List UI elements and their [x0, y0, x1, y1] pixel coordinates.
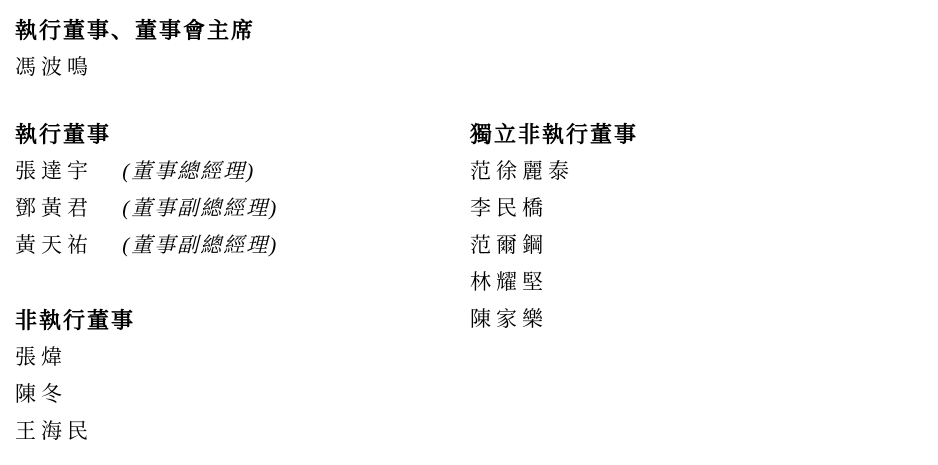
left-column: 執行董事、董事會主席 馮波鳴 執行董事 張達宇 (董事總經理) 鄧黃君 (董事副…	[15, 12, 465, 450]
section-heading-non-executive: 非執行董事	[15, 302, 465, 339]
director-title: (董事副總經理)	[122, 233, 278, 257]
directors-document: 執行董事、董事會主席 馮波鳴 執行董事 張達宇 (董事總經理) 鄧黃君 (董事副…	[0, 0, 938, 465]
director-name: 王海民	[15, 413, 117, 450]
director-title: (董事總經理)	[122, 159, 255, 183]
section-executive: 執行董事 張達宇 (董事總經理) 鄧黃君 (董事副總經理) 黃天祐 (董事副總經…	[15, 116, 465, 264]
director-row: 張達宇 (董事總經理)	[15, 153, 465, 190]
director-name: 張煒	[15, 339, 117, 376]
section-independent-non-executive: 獨立非執行董事 范徐麗泰 李民橋 范爾鋼 林耀堅 陳家樂	[470, 116, 910, 338]
director-name: 馮波鳴	[15, 49, 117, 86]
director-row: 黃天祐 (董事副總經理)	[15, 227, 465, 264]
section-heading-chairman: 執行董事、董事會主席	[15, 12, 465, 49]
director-row: 陳冬	[15, 376, 465, 413]
section-heading-executive: 執行董事	[15, 116, 465, 153]
director-row: 李民橋	[470, 190, 910, 227]
director-row: 馮波鳴	[15, 49, 465, 86]
director-title: (董事副總經理)	[122, 196, 278, 220]
director-row: 陳家樂	[470, 301, 910, 338]
director-name: 范爾鋼	[470, 227, 572, 264]
director-name: 黃天祐	[15, 227, 117, 264]
section-heading-independent-non-executive: 獨立非執行董事	[470, 116, 910, 153]
director-name: 林耀堅	[470, 264, 572, 301]
director-row: 王海民	[15, 413, 465, 450]
director-row: 林耀堅	[470, 264, 910, 301]
director-row: 范徐麗泰	[470, 153, 910, 190]
director-name: 張達宇	[15, 153, 117, 190]
director-name: 李民橋	[470, 190, 572, 227]
director-row: 張煒	[15, 339, 465, 376]
section-chairman: 執行董事、董事會主席 馮波鳴	[15, 12, 465, 86]
director-name: 范徐麗泰	[470, 153, 574, 190]
right-column: 獨立非執行董事 范徐麗泰 李民橋 范爾鋼 林耀堅 陳家樂	[470, 116, 910, 338]
director-name: 鄧黃君	[15, 190, 117, 227]
director-name: 陳冬	[15, 376, 117, 413]
director-name: 陳家樂	[470, 301, 572, 338]
director-row: 鄧黃君 (董事副總經理)	[15, 190, 465, 227]
director-row: 范爾鋼	[470, 227, 910, 264]
section-non-executive: 非執行董事 張煒 陳冬 王海民	[15, 302, 465, 450]
